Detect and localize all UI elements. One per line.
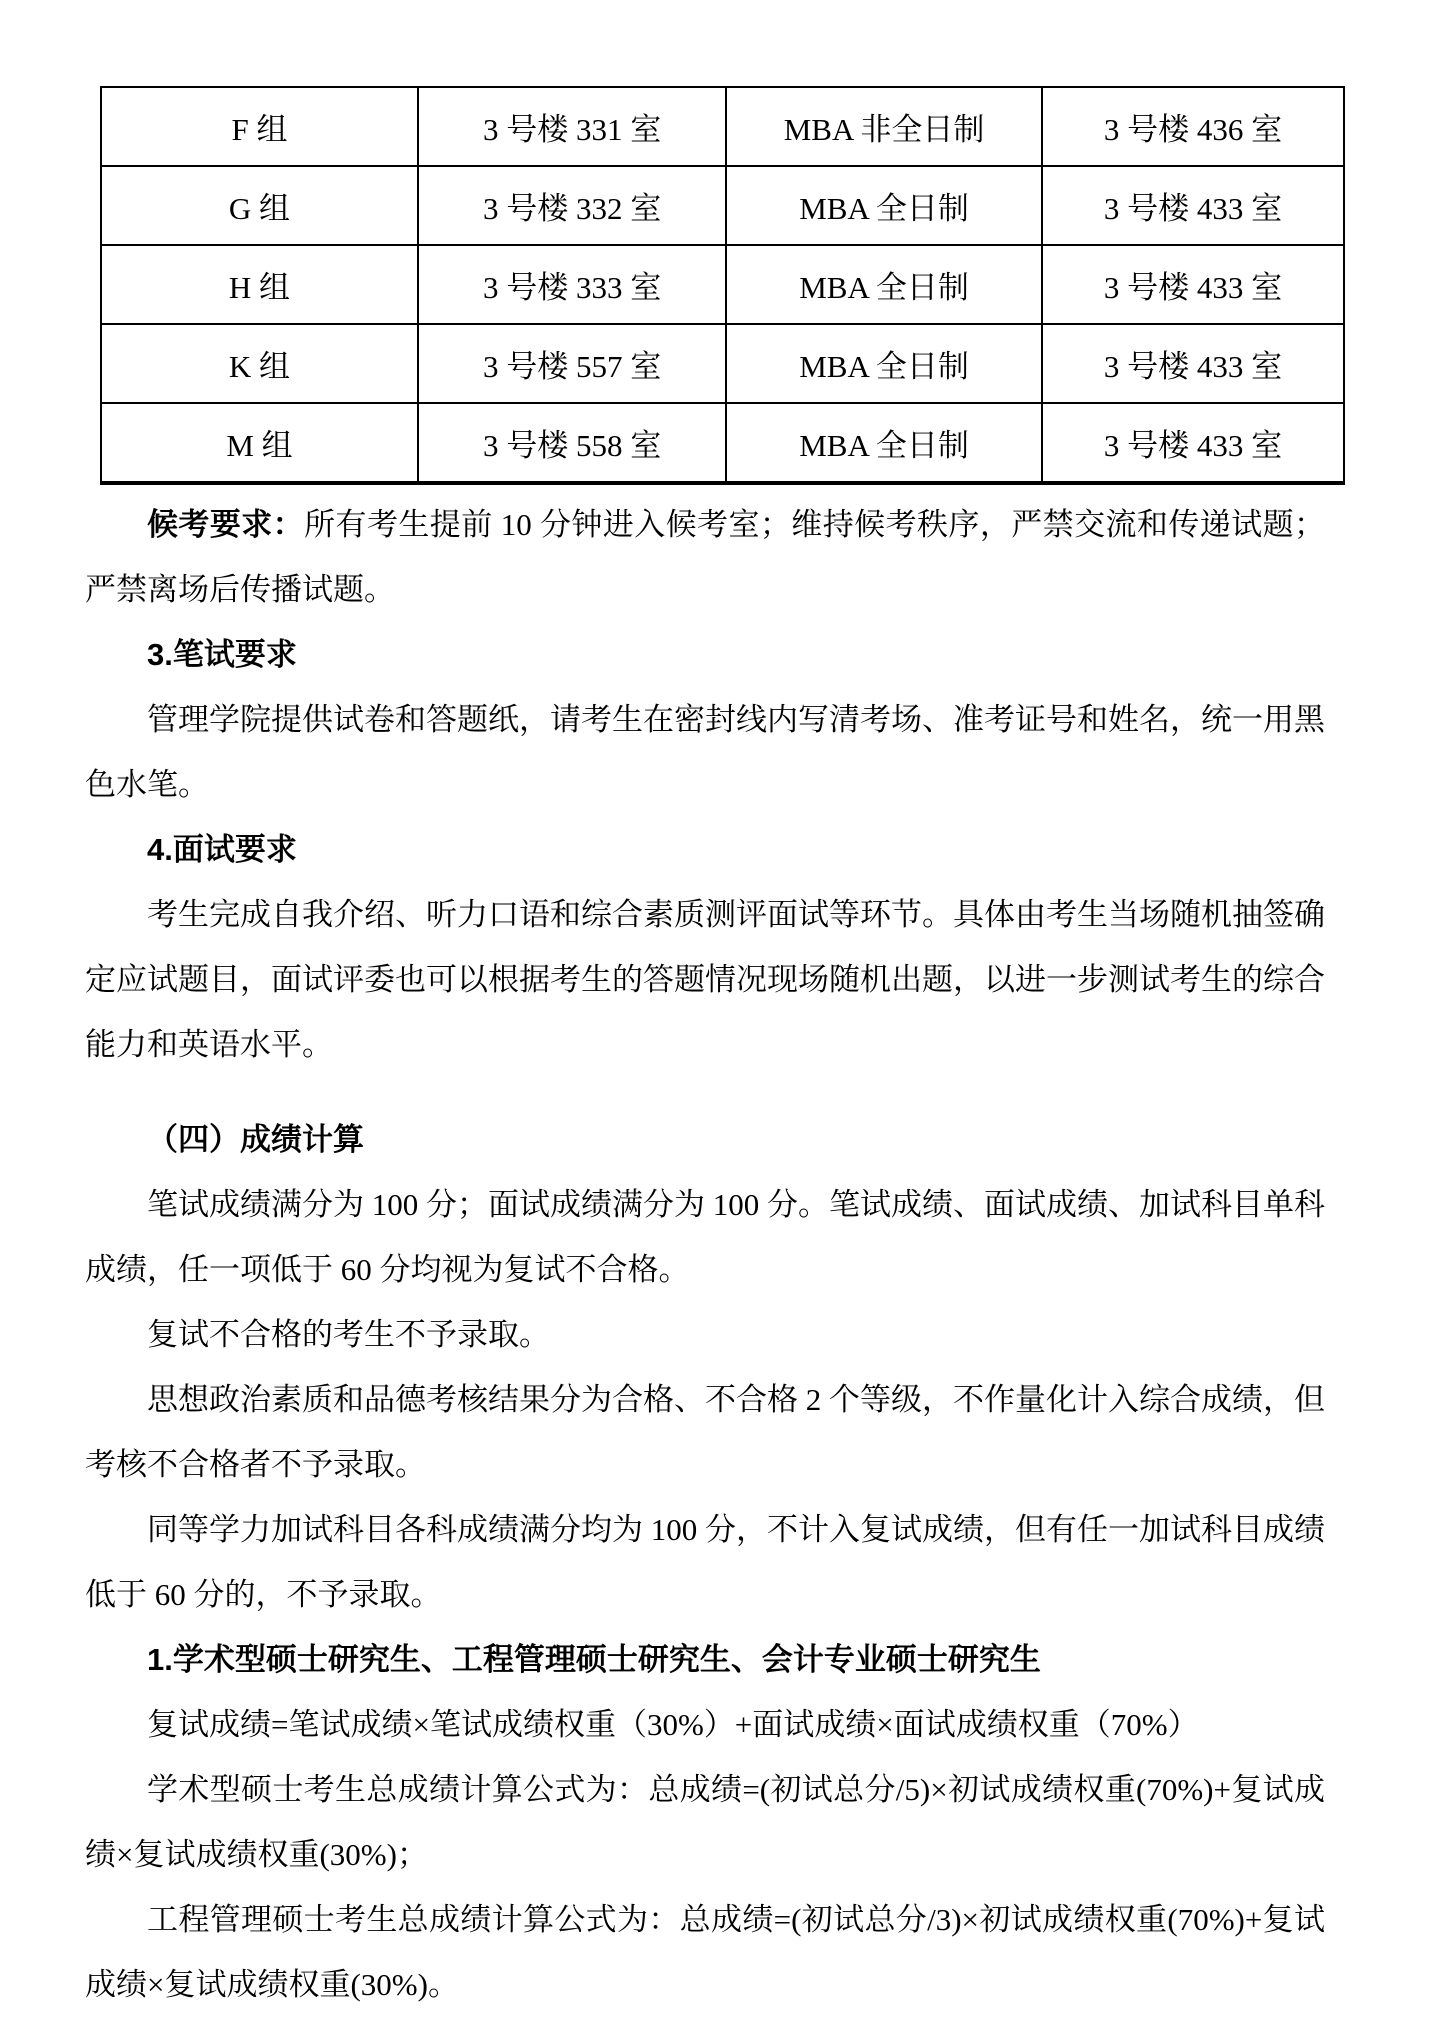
paragraph-score-fullmarks: 笔试成绩满分为 100 分；面试成绩满分为 100 分。笔试成绩、面试成绩、加试…	[85, 1172, 1325, 1302]
paragraph-mem-total-formula: 工程管理硕士考生总成绩计算公式为：总成绩=(初试总分/3)×初试成绩权重(70%…	[85, 1887, 1325, 2017]
heading-written-test-requirements: 3.笔试要求	[85, 622, 1325, 687]
table-row-m: M 组 3 号楼 558 室 MBA 全日制 3 号楼 433 室	[101, 403, 1344, 483]
cell-group: F 组	[101, 87, 418, 166]
cell-group: K 组	[101, 324, 418, 403]
table-row-f: F 组 3 号楼 331 室 MBA 非全日制 3 号楼 436 室	[101, 87, 1344, 166]
document-body: 候考要求：所有考生提前 10 分钟进入候考室；维持候考秩序，严禁交流和传递试题；…	[85, 492, 1325, 2017]
document-page: F 组 3 号楼 331 室 MBA 非全日制 3 号楼 436 室 G 组 3…	[0, 0, 1450, 2024]
waiting-requirements-label: 候考要求：	[147, 507, 304, 542]
cell-interview-room: 3 号楼 433 室	[1042, 245, 1344, 324]
cell-group: M 组	[101, 403, 418, 483]
cell-interview-room: 3 号楼 433 室	[1042, 166, 1344, 245]
heading-interview-requirements: 4.面试要求	[85, 817, 1325, 882]
paragraph-written-test: 管理学院提供试卷和答题纸，请考生在密封线内写清考场、准考证号和姓名，统一用黑色水…	[85, 687, 1325, 817]
cell-program: MBA 全日制	[726, 403, 1042, 483]
cell-group: H 组	[101, 245, 418, 324]
paragraph-political-assessment: 思想政治素质和品德考核结果分为合格、不合格 2 个等级，不作量化计入综合成绩，但…	[85, 1367, 1325, 1497]
table-row-h: H 组 3 号楼 333 室 MBA 全日制 3 号楼 433 室	[101, 245, 1344, 324]
cell-written-room: 3 号楼 557 室	[418, 324, 726, 403]
paragraph-academic-total-formula: 学术型硕士考生总成绩计算公式为：总成绩=(初试总分/5)×初试成绩权重(70%)…	[85, 1757, 1325, 1887]
cell-program: MBA 全日制	[726, 245, 1042, 324]
cell-program: MBA 非全日制	[726, 87, 1042, 166]
cell-interview-room: 3 号楼 433 室	[1042, 403, 1344, 483]
exam-room-table: F 组 3 号楼 331 室 MBA 非全日制 3 号楼 436 室 G 组 3…	[100, 86, 1345, 485]
table-row-g: G 组 3 号楼 332 室 MBA 全日制 3 号楼 433 室	[101, 166, 1344, 245]
cell-written-room: 3 号楼 333 室	[418, 245, 726, 324]
cell-written-room: 3 号楼 331 室	[418, 87, 726, 166]
paragraph-extra-test-subjects: 同等学力加试科目各科成绩满分均为 100 分，不计入复试成绩，但有任一加试科目成…	[85, 1497, 1325, 1627]
cell-written-room: 3 号楼 558 室	[418, 403, 726, 483]
table-row-k: K 组 3 号楼 557 室 MBA 全日制 3 号楼 433 室	[101, 324, 1344, 403]
heading-academic-master-types: 1.学术型硕士研究生、工程管理硕士研究生、会计专业硕士研究生	[85, 1627, 1325, 1692]
heading-score-calculation: （四）成绩计算	[85, 1107, 1325, 1172]
cell-written-room: 3 号楼 332 室	[418, 166, 726, 245]
paragraph-waiting-requirements: 候考要求：所有考生提前 10 分钟进入候考室；维持候考秩序，严禁交流和传递试题；…	[85, 492, 1325, 622]
cell-group: G 组	[101, 166, 418, 245]
cell-program: MBA 全日制	[726, 324, 1042, 403]
paragraph-retest-score-formula: 复试成绩=笔试成绩×笔试成绩权重（30%）+面试成绩×面试成绩权重（70%）	[85, 1692, 1325, 1757]
cell-interview-room: 3 号楼 433 室	[1042, 324, 1344, 403]
paragraph-fail-no-admission: 复试不合格的考生不予录取。	[85, 1302, 1325, 1367]
cell-interview-room: 3 号楼 436 室	[1042, 87, 1344, 166]
cell-program: MBA 全日制	[726, 166, 1042, 245]
paragraph-interview: 考生完成自我介绍、听力口语和综合素质测评面试等环节。具体由考生当场随机抽签确定应…	[85, 882, 1325, 1077]
